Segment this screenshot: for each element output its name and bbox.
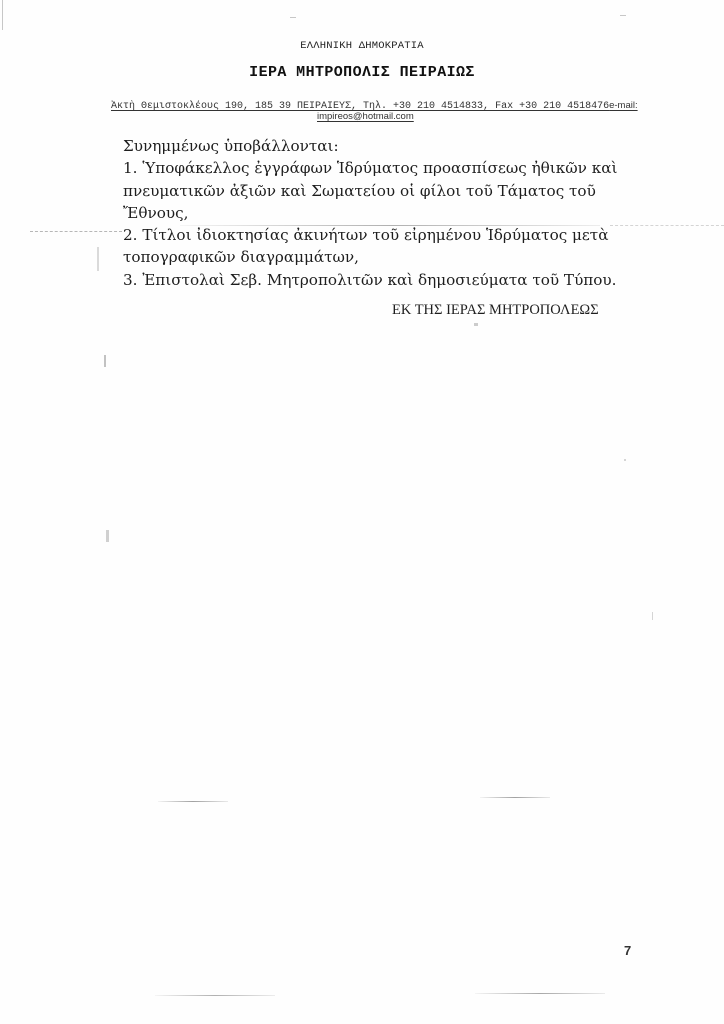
scanned-page: ΕΛΛΗΝΙΚΗ ΔΗΜΟΚΡΑΤΙΑ ΙΕΡΑ ΜΗΤΡΟΠΟΛΙΣ ΠΕΙΡ… xyxy=(0,0,724,1024)
scan-artefact-dashed-line-right xyxy=(610,225,724,226)
contact-email-link[interactable]: impireos@hotmail.com xyxy=(317,111,414,122)
attachment-item-2: 2. Τίτλοι ἰδιοκτησίας ἀκινήτων τοῦ εἰρημ… xyxy=(123,224,623,269)
scan-artefact-line-lower-left xyxy=(158,801,228,802)
page-number: 7 xyxy=(624,943,631,958)
scan-artefact-line-bottom-left xyxy=(155,995,275,996)
scan-artefact-strike-over-item-2 xyxy=(180,225,600,226)
state-header: ΕΛΛΗΝΙΚΗ ΔΗΜΟΚΡΑΤΙΑ xyxy=(0,40,724,52)
scan-artefact-margin-line xyxy=(2,0,3,30)
email-label: e-mail: xyxy=(609,100,638,111)
scan-artefact-dashed-line-left xyxy=(30,231,122,232)
scan-artefact-speck-1 xyxy=(104,355,106,367)
scan-artefact-top-dash xyxy=(290,17,296,18)
scan-artefact-margin-mark xyxy=(97,247,99,271)
scan-artefact-line-lower-right xyxy=(480,797,550,798)
attachment-item-3: 3. Ἐπιστολαὶ Σεβ. Μητροπολιτῶν καὶ δημοσ… xyxy=(123,269,623,291)
scan-artefact-top-dash-2 xyxy=(620,15,626,16)
document-body: Συνημμένως ὑποβάλλονται: 1. Ὑποφάκελλος … xyxy=(123,135,623,291)
scan-artefact-speck-4 xyxy=(652,612,653,620)
scan-artefact-speck-3 xyxy=(474,323,478,326)
scan-artefact-line-bottom-right xyxy=(475,993,605,994)
attachments-intro: Συνημμένως ὑποβάλλονται: xyxy=(123,135,623,157)
scan-artefact-speck-5 xyxy=(624,459,626,461)
signature-line: ΕΚ ΤΗΣ ΙΕΡΑΣ ΜΗΤΡΟΠΟΛΕΩΣ xyxy=(392,302,599,319)
institution-title: ΙΕΡΑ ΜΗΤΡΟΠΟΛΙΣ ΠΕΙΡΑΙΩΣ xyxy=(0,64,724,81)
attachment-item-1: 1. Ὑποφάκελλος ἐγγράφων Ἱδρύματος προασπ… xyxy=(123,157,623,224)
scan-artefact-speck-2 xyxy=(106,530,109,542)
